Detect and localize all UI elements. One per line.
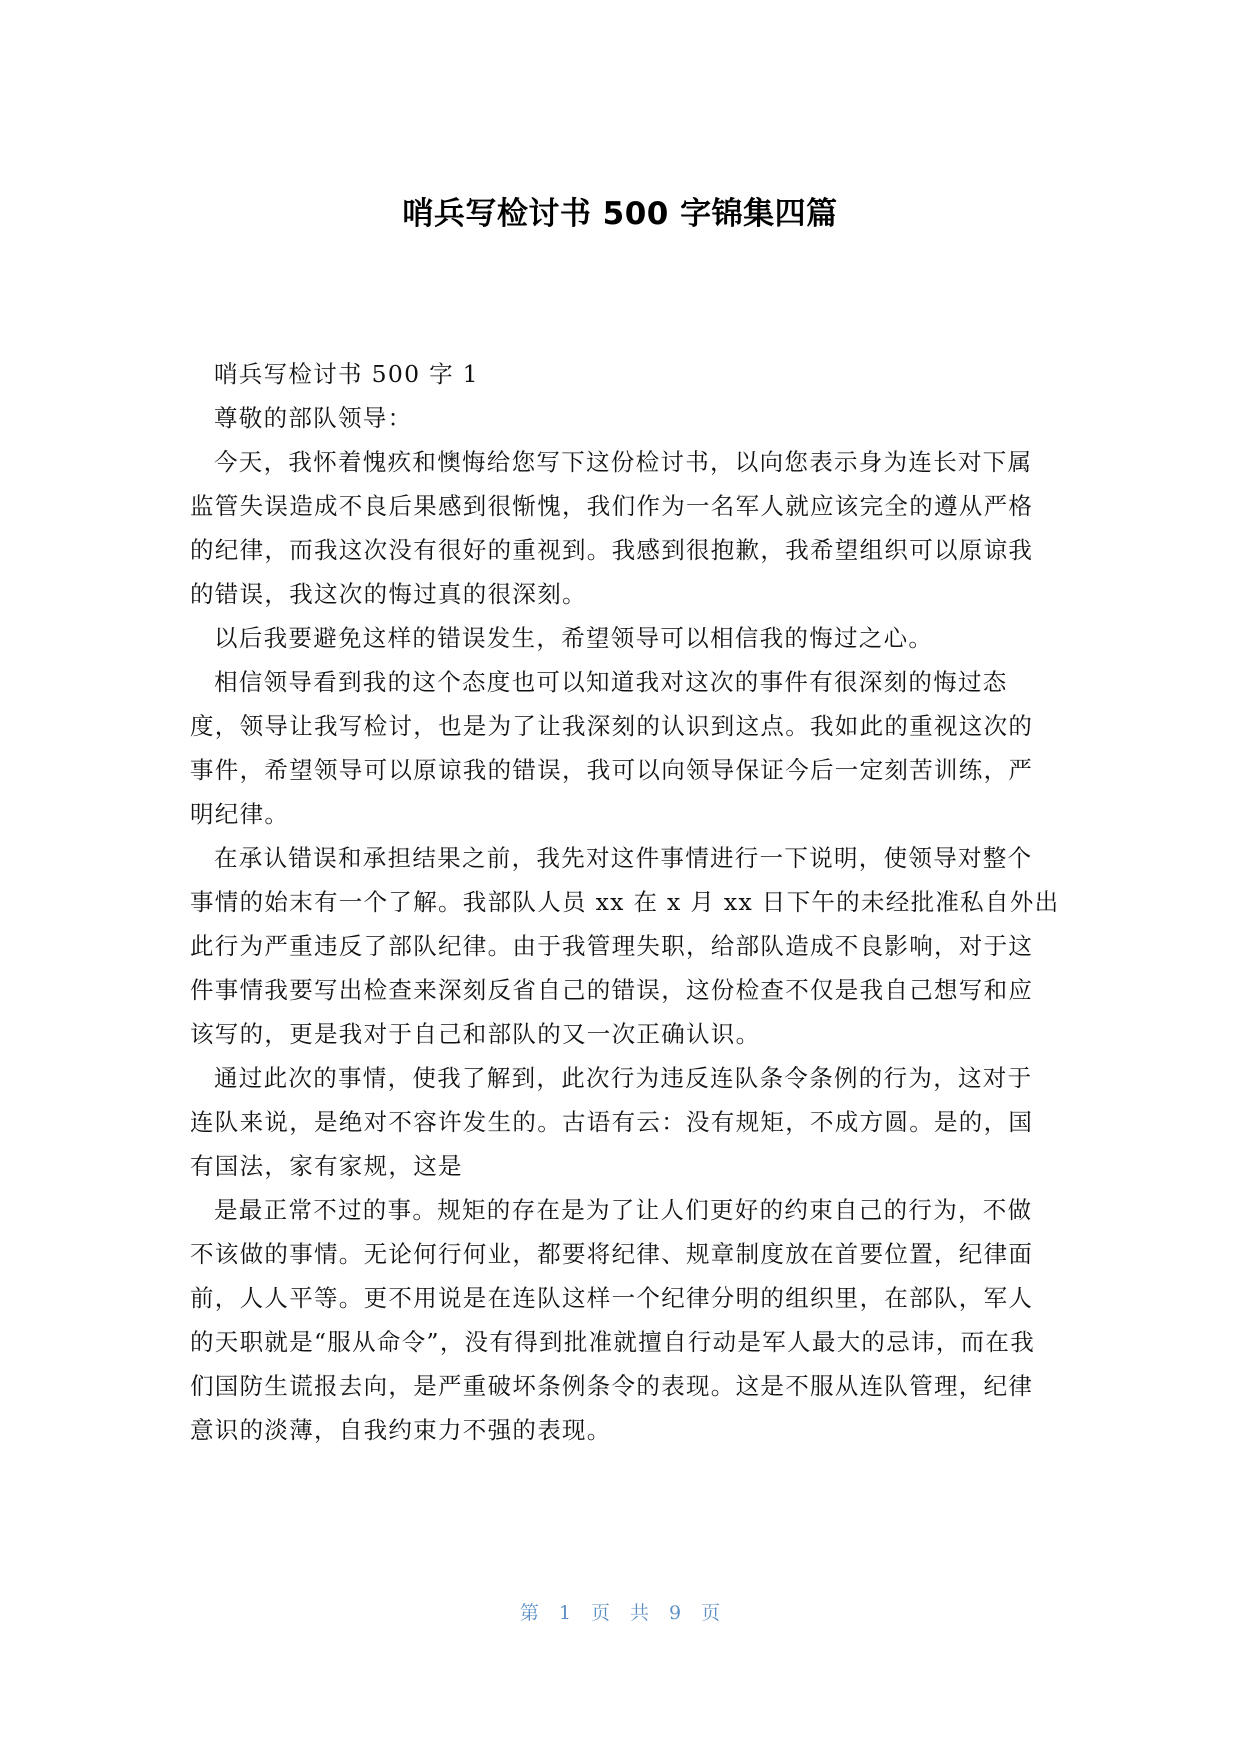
body-line: 相信领导看到我的这个态度也可以知道我对这次的事件有很深刻的悔过态 — [190, 660, 1045, 704]
body-line: 今天，我怀着愧疚和懊悔给您写下这份检讨书，以向您表示身为连长对下属 — [190, 440, 1045, 484]
body-line: 在承认错误和承担结果之前，我先对这件事情进行一下说明，使领导对整个 — [190, 836, 1045, 880]
footer-label-total: 共 — [630, 1598, 649, 1625]
body-line: 意识的淡薄，自我约束力不强的表现。 — [190, 1408, 1045, 1452]
body-line: 的天职就是“服从命令”，没有得到批准就擅自行动是军人最大的忌讳，而在我 — [190, 1320, 1045, 1364]
body-line: 连队来说，是绝对不容许发生的。古语有云：没有规矩，不成方圆。是的，国 — [190, 1100, 1045, 1144]
body-line: 明纪律。 — [190, 792, 1045, 836]
current-page-number: 1 — [559, 1602, 571, 1624]
footer-label-suffix: 页 — [701, 1598, 720, 1625]
body-line: 尊敬的部队领导： — [190, 396, 1045, 440]
body-line: 通过此次的事情，使我了解到，此次行为违反连队条令条例的行为，这对于 — [190, 1056, 1045, 1100]
body-line: 件事情我要写出检查来深刻反省自己的错误，这份检查不仅是我自己想写和应 — [190, 968, 1045, 1012]
body-line: 们国防生谎报去向，是严重破坏条例条令的表现。这是不服从连队管理，纪律 — [190, 1364, 1045, 1408]
document-body: 哨兵写检讨书 500 字 1 尊敬的部队领导： 今天，我怀着愧疚和懊悔给您写下这… — [190, 352, 1045, 1452]
body-line: 有国法，家有家规，这是 — [190, 1144, 1045, 1188]
body-line: 事情的始末有一个了解。我部队人员 xx 在 x 月 xx 日下午的未经批准私自外… — [190, 880, 1045, 924]
body-line: 该写的，更是我对于自己和部队的又一次正确认识。 — [190, 1012, 1045, 1056]
body-line: 的错误，我这次的悔过真的很深刻。 — [190, 572, 1045, 616]
document-title: 哨兵写检讨书 500 字锦集四篇 — [0, 188, 1240, 233]
body-line: 度，领导让我写检讨，也是为了让我深刻的认识到这点。我如此的重视这次的 — [190, 704, 1045, 748]
body-line: 不该做的事情。无论何行何业，都要将纪律、规章制度放在首要位置，纪律面 — [190, 1232, 1045, 1276]
body-line: 监管失误造成不良后果感到很惭愧，我们作为一名军人就应该完全的遵从严格 — [190, 484, 1045, 528]
body-line: 此行为严重违反了部队纪律。由于我管理失职，给部队造成不良影响，对于这 — [190, 924, 1045, 968]
document-page: 哨兵写检讨书 500 字锦集四篇 哨兵写检讨书 500 字 1 尊敬的部队领导：… — [0, 0, 1240, 1753]
page-number-footer: 第1页共9页 — [0, 1598, 1240, 1625]
footer-label-page: 页 — [591, 1598, 610, 1625]
footer-label-prefix: 第 — [520, 1598, 539, 1625]
body-line: 是最正常不过的事。规矩的存在是为了让人们更好的约束自己的行为，不做 — [190, 1188, 1045, 1232]
body-line: 的纪律，而我这次没有很好的重视到。我感到很抱歉，我希望组织可以原谅我 — [190, 528, 1045, 572]
total-pages-number: 9 — [669, 1602, 681, 1624]
body-line: 以后我要避免这样的错误发生，希望领导可以相信我的悔过之心。 — [190, 616, 1045, 660]
body-line: 前，人人平等。更不用说是在连队这样一个纪律分明的组织里，在部队，军人 — [190, 1276, 1045, 1320]
body-line: 哨兵写检讨书 500 字 1 — [190, 352, 1045, 396]
body-line: 事件，希望领导可以原谅我的错误，我可以向领导保证今后一定刻苦训练，严 — [190, 748, 1045, 792]
